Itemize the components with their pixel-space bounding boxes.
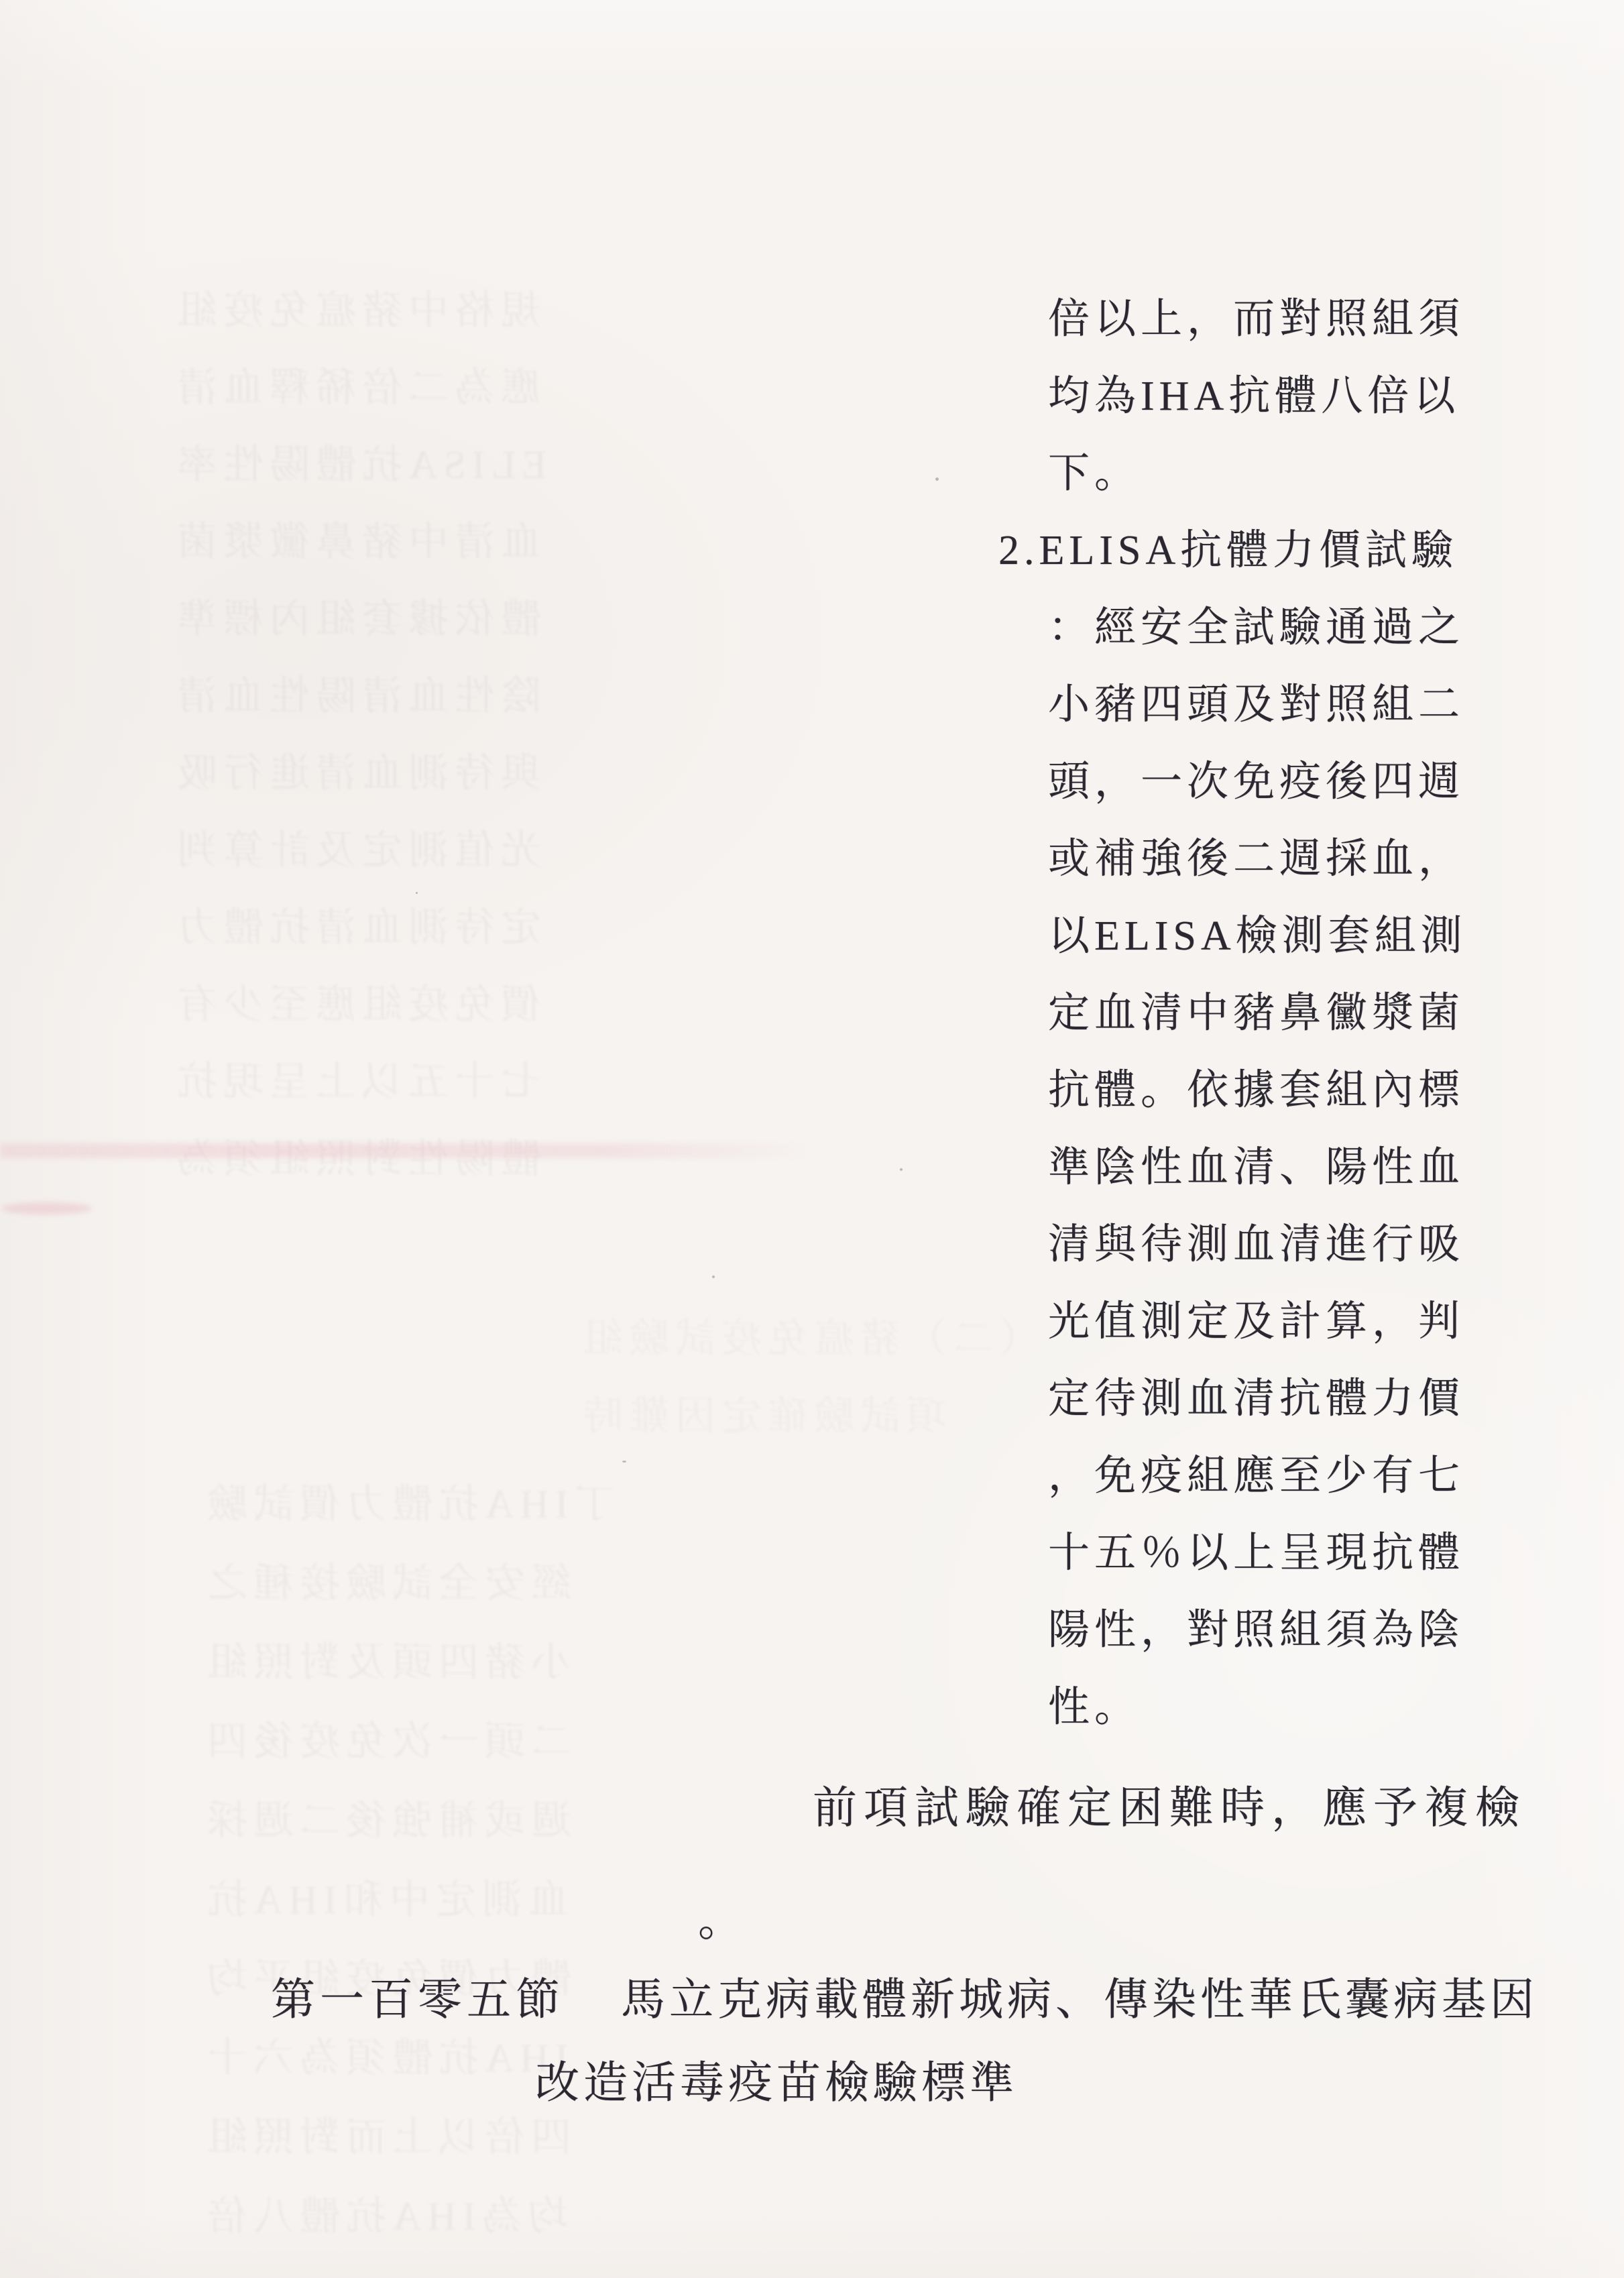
bleedthrough-line: 丁IHA抗體力價試驗 <box>201 1472 615 1530</box>
fold-crease-mark <box>0 1143 815 1158</box>
body-text-line: 下。 <box>1048 447 1141 500</box>
body-text-line: 準陰性血清、陽性血 <box>1048 1141 1464 1194</box>
bleedthrough-line: 體陽性對照組須為 <box>171 1127 541 1184</box>
bleedthrough-line: 經安全試驗接種之 <box>201 1551 571 1609</box>
body-text-line: ，免疫組應至少有七 <box>1048 1450 1464 1502</box>
bleedthrough-line: ELISA抗體陽性率 <box>171 433 546 490</box>
body-text-line: 清與待測血清進行吸 <box>1048 1218 1464 1271</box>
retest-clause-line: 前項試驗確定困難時，應予複檢 <box>813 1772 1526 1835</box>
bleedthrough-line: 規格中豬瘟免疫組 <box>171 278 541 336</box>
bleedthrough-line: （二）豬瘟免疫試驗組 <box>577 1306 1039 1364</box>
body-text-line: 倍以上，而對照組須 <box>1048 293 1464 345</box>
body-text-line: 定血清中豬鼻黴漿菌 <box>1048 987 1464 1039</box>
bleedthrough-line: 項試驗確定因難時 <box>577 1384 947 1442</box>
body-text-line: 小豬四頭及對照組二 <box>1048 679 1464 731</box>
paper-speck <box>935 477 939 481</box>
bleedthrough-line: 二頭一次免疫後四 <box>201 1709 571 1767</box>
paper-speck <box>900 1168 903 1171</box>
bleedthrough-line: 陰性血清陽性血清 <box>171 664 541 722</box>
body-text-line: 陽性，對照組須為陰 <box>1048 1604 1464 1656</box>
body-text-line: 以ELISA檢測套組測 <box>1048 910 1467 962</box>
bleedthrough-line: 價免疫組應至少有 <box>171 972 541 1030</box>
pink-smudge-mark <box>1 1202 92 1214</box>
body-text-line: ：經安全試驗通過之 <box>1048 602 1464 654</box>
body-text-line: 定待測血清抗體力價 <box>1048 1373 1464 1425</box>
body-text-line-numbered-item-2: 2.ELISA抗體力價試驗 <box>998 524 1458 577</box>
bleedthrough-line: 應為二倍稀釋血清 <box>171 355 541 413</box>
section-number: 第一百零五節 <box>271 1963 565 2027</box>
bleedthrough-line: 週或補強後二週採 <box>201 1788 571 1846</box>
body-text-line: 或補強後二週採血， <box>1048 833 1464 885</box>
bleedthrough-line: 血測定中和IHA抗 <box>201 1868 569 1925</box>
body-text-line: 光值測定及計算，判 <box>1048 1296 1464 1348</box>
bleedthrough-line: IHA抗體須為六十 <box>201 2026 569 2084</box>
bleedthrough-line: 光值測定及計算判 <box>171 818 541 876</box>
scanned-document-page: 規格中豬瘟免疫組 應為二倍稀釋血清 ELISA抗體陽性率 血清中豬鼻黴漿菌 體依… <box>0 0 1624 2278</box>
paper-speck <box>416 892 418 894</box>
bleedthrough-line: 體依據套組內標準 <box>171 587 541 644</box>
body-text-line: 性。 <box>1048 1681 1141 1733</box>
bleedthrough-line: 七十五以上呈現抗 <box>171 1049 541 1107</box>
section-title-line-2: 改造活毒疫苗檢驗標準 <box>535 2047 1018 2110</box>
section-title-line-1: 馬立克病載體新城病、傳染性華氏囊病基因 <box>621 1963 1538 2027</box>
body-text-line: 十五％以上呈現抗體 <box>1048 1527 1464 1579</box>
bleedthrough-line: 血清中豬鼻黴漿菌 <box>171 510 541 567</box>
body-text-line: 均為IHA抗體八倍以 <box>1048 370 1460 422</box>
bleedthrough-line: 四倍以上而對照組 <box>201 2105 571 2163</box>
bleedthrough-line: 與待測血清進行吸 <box>171 741 541 799</box>
body-text-line: 抗體。依據套組內標 <box>1048 1064 1464 1117</box>
paper-speck <box>712 1275 715 1278</box>
paper-speck <box>622 1461 626 1463</box>
bleedthrough-line: 均為IHA抗體八倍 <box>201 2184 569 2242</box>
body-text-line: 頭，一次免疫後四週 <box>1048 756 1464 808</box>
stray-period: 。 <box>698 1884 742 1948</box>
bleedthrough-line: 小豬四頭及對照組 <box>201 1630 571 1688</box>
bleedthrough-line: 定待測血清抗體力 <box>171 895 541 953</box>
